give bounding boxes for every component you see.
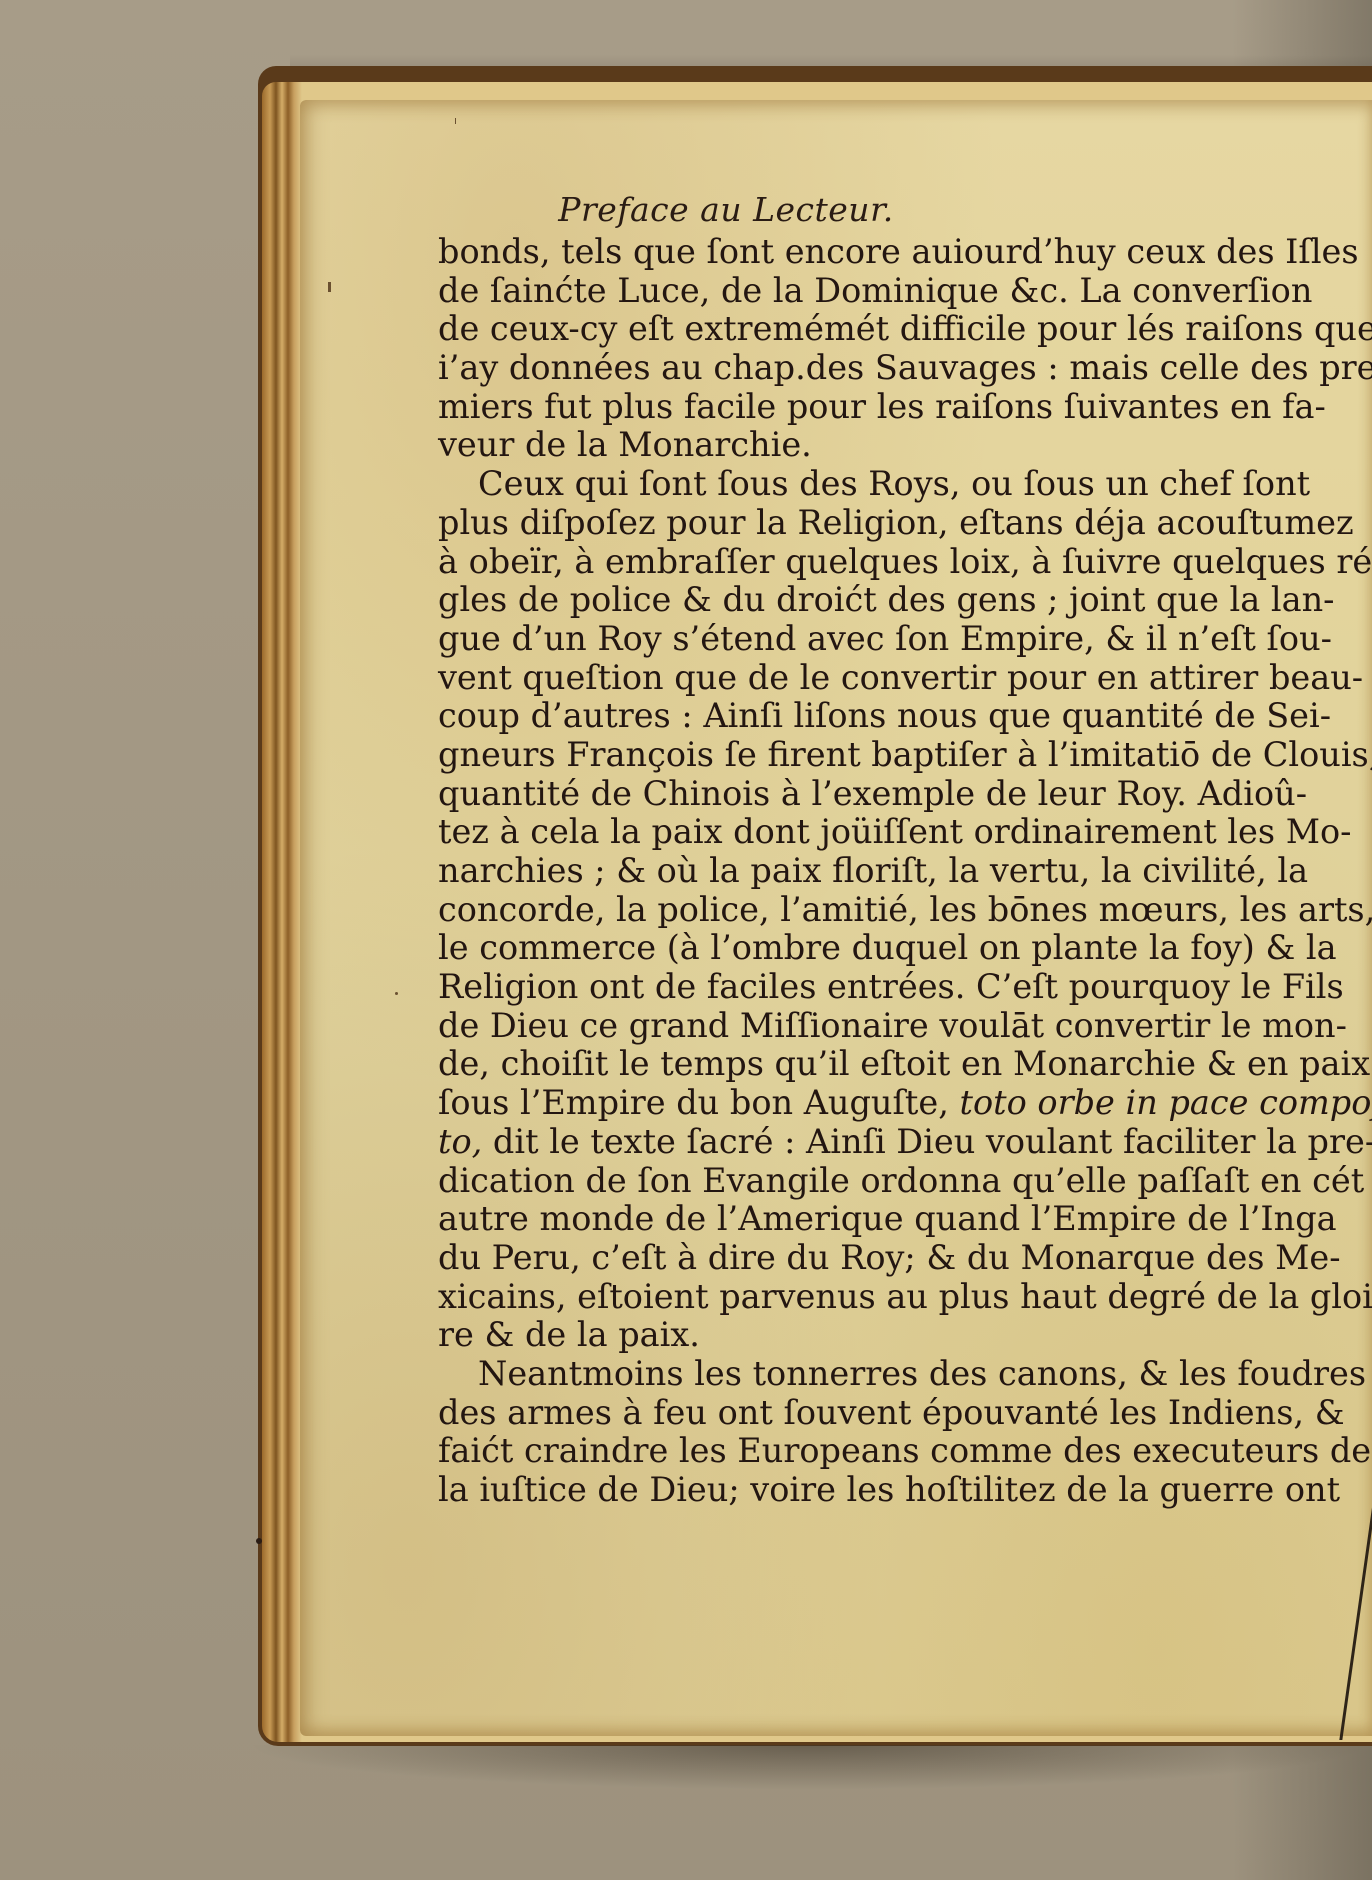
text-segment: dit le texte ſacré : Ainſi Dieu voulant … — [482, 1122, 1372, 1161]
text-line: Religion ont de faciles entrées. C’eſt p… — [438, 968, 1304, 1007]
text-line: Neantmoins les tonnerres des canons, & l… — [438, 1355, 1304, 1394]
running-head: Preface au Lecteur. — [0, 190, 1372, 229]
text-line: de ſainćte Luce, de la Dominique &c. La … — [438, 272, 1304, 311]
text-line: gneurs François ſe firent baptiſer à l’i… — [438, 736, 1304, 775]
margin-mark — [395, 992, 398, 995]
latin-quotation: toto orbe in pace compoſi- — [960, 1083, 1372, 1122]
text-line: gue d’un Roy s’étend avec ſon Empire, & … — [438, 620, 1304, 659]
text-line: tez à cela la paix dont joüiſſent ordina… — [438, 813, 1304, 852]
text-line: plus diſpoſez pour la Religion, eſtans d… — [438, 504, 1304, 543]
text-line: i’ay données au chap.des Sauvages : mais… — [438, 349, 1304, 388]
text-line: la iuſtice de Dieu; voire les hoſtilitez… — [438, 1471, 1304, 1510]
body-text: bonds, tels que ſont encore auiourd’huy … — [438, 233, 1304, 1510]
text-line: des armes à feu ont ſouvent épouvanté le… — [438, 1394, 1304, 1433]
text-line: re & de la paix. — [438, 1316, 1304, 1355]
text-line: concorde, la police, l’amitié, les bōnes… — [438, 891, 1304, 930]
text-line: à obeïr, à embraſſer quelques loix, à ſu… — [438, 543, 1304, 582]
text-line: de Dieu ce grand Miſſionaire voulāt conv… — [438, 1007, 1304, 1046]
text-line: gles de police & du droićt des gens ; jo… — [438, 581, 1304, 620]
text-line: vent queſtion que de le convertir pour e… — [438, 659, 1304, 698]
book-shadow — [245, 1745, 1372, 1790]
text-line: bonds, tels que ſont encore auiourd’huy … — [438, 233, 1304, 272]
text-line: Ceux qui ſont ſous des Roys, ou ſous un … — [438, 465, 1304, 504]
text-segment: ſous l’Empire du bon Auguſte, — [438, 1083, 960, 1122]
margin-mark — [256, 1538, 262, 1544]
text-line: de, choiſit le temps qu’il eſtoit en Mon… — [438, 1045, 1304, 1084]
paragraph-3: Neantmoins les tonnerres des canons, & l… — [438, 1355, 1304, 1510]
text-line: autre monde de l’Amerique quand l’Empire… — [438, 1200, 1304, 1239]
text-line: narchies ; & où la paix floriſt, la vert… — [438, 852, 1304, 891]
text-line: faićt craindre les Europeans comme des e… — [438, 1432, 1304, 1471]
text-line: de ceux-cy eſt extremémét difficile pour… — [438, 310, 1304, 349]
paragraph-1: bonds, tels que ſont encore auiourd’huy … — [438, 233, 1304, 465]
text-line: xicains, eſtoient parvenus au plus haut … — [438, 1278, 1304, 1317]
margin-mark — [455, 118, 456, 124]
paragraph-2: Ceux qui ſont ſous des Roys, ou ſous un … — [438, 465, 1304, 1355]
text-line: to, dit le texte ſacré : Ainſi Dieu voul… — [438, 1123, 1304, 1162]
text-line: dication de ſon Evangile ordonna qu’elle… — [438, 1162, 1304, 1201]
text-line: du Peru, c’eſt à dire du Roy; & du Monar… — [438, 1239, 1304, 1278]
latin-quotation: to, — [438, 1122, 482, 1161]
text-line: coup d’autres : Ainſi liſons nous que qu… — [438, 697, 1304, 736]
text-line: ſous l’Empire du bon Auguſte, toto orbe … — [438, 1084, 1304, 1123]
text-line: veur de la Monarchie. — [438, 426, 1304, 465]
text-line: quantité de Chinois à l’exemple de leur … — [438, 775, 1304, 814]
text-line: miers fut plus facile pour les raiſons ſ… — [438, 388, 1304, 427]
margin-mark — [328, 282, 331, 292]
text-line: le commerce (à l’ombre duquel on plante … — [438, 929, 1304, 968]
